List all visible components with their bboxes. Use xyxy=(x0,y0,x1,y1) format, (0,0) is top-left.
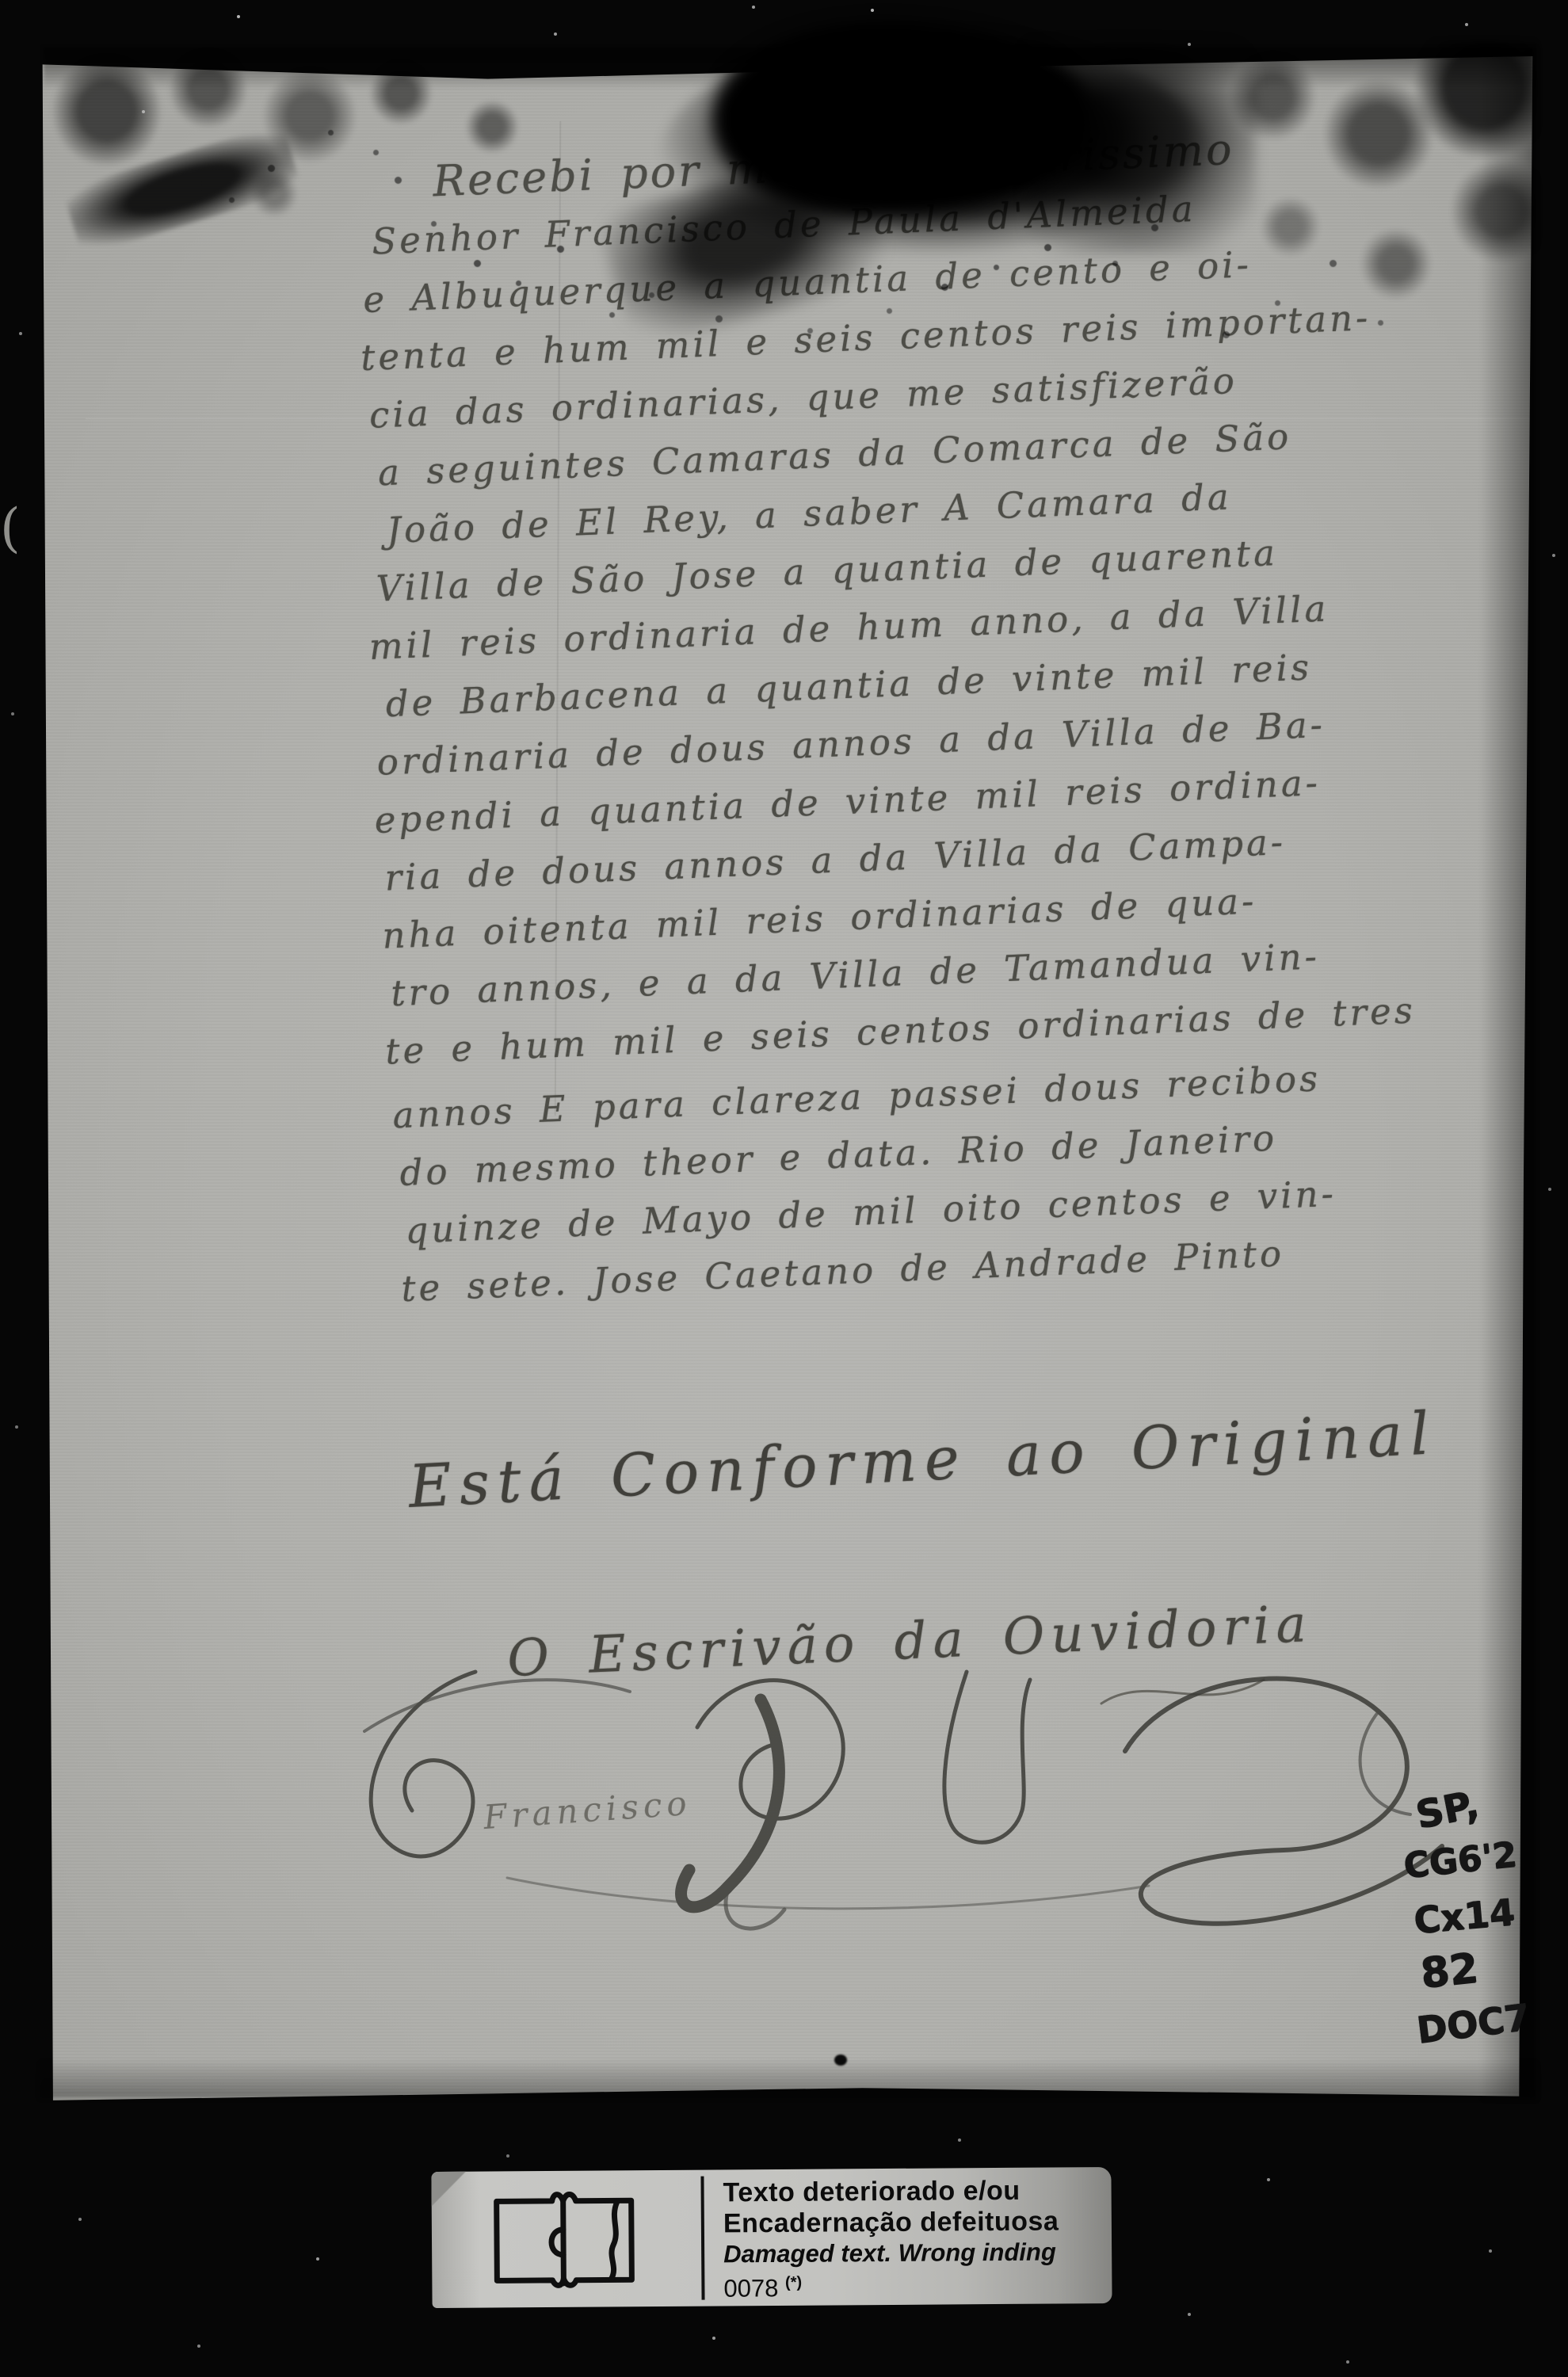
label-number-note: (*) xyxy=(785,2274,802,2291)
label-number: 0078 xyxy=(723,2274,778,2302)
paper-edge-shadow-bottom xyxy=(40,2060,1537,2098)
dust-specks xyxy=(0,0,2,2)
label-line-english: Damaged text. Wrong inding xyxy=(723,2237,1104,2268)
damaged-book-icon xyxy=(481,2183,648,2295)
manuscript-body: Recebi por mão do Illustrissimo Senhor F… xyxy=(361,113,1468,1318)
archive-catalog-annotations: SP, CG6'2 Cx14 82 DOC7 xyxy=(1403,1781,1532,2049)
label-line-portuguese-2: Encadernação defeituosa xyxy=(723,2206,1104,2239)
paper-curl-mark: ( xyxy=(0,498,21,559)
label-number-line: 0078 (*) xyxy=(723,2266,1104,2303)
signature-flourish xyxy=(317,1624,1490,1941)
label-line-portuguese-1: Texto deteriorado e/ou xyxy=(723,2175,1103,2208)
catalog-code: Cx14 xyxy=(1412,1890,1524,1942)
label-divider xyxy=(700,2177,704,2300)
scanned-archival-document: Recebi por mão do Illustrissimo Senhor F… xyxy=(0,0,1568,2377)
catalog-code: CG6'2 xyxy=(1402,1834,1520,1887)
label-text-block: Texto deteriorado e/ou Encadernação defe… xyxy=(723,2175,1104,2303)
condition-label-slip: Texto deteriorado e/ou Encadernação defe… xyxy=(431,2167,1112,2308)
catalog-code: 82 xyxy=(1418,1940,1528,1998)
